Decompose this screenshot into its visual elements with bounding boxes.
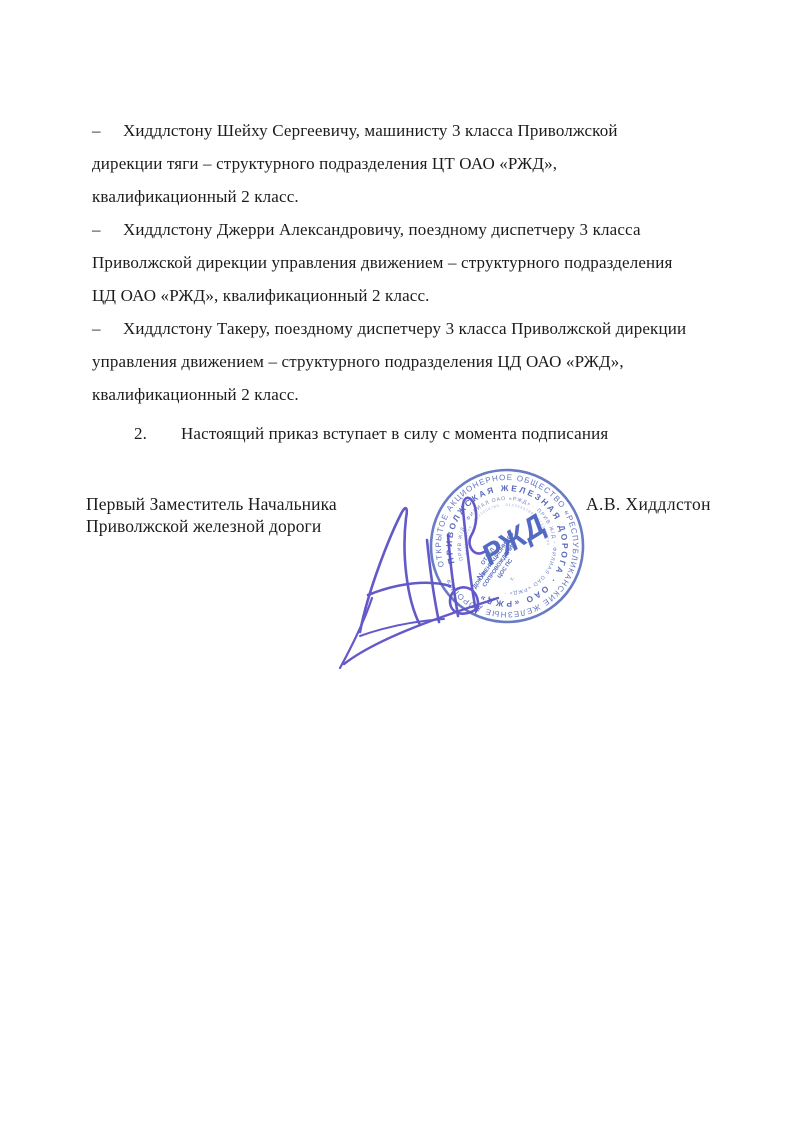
list-item-line: –Хиддлстону Шейху Сергеевичу, машинисту … [92,114,757,147]
signature-stroke [360,508,420,632]
signatory-title-line2: Приволжской железной дороги [86,516,337,538]
list-item-line: ЦД ОАО «РЖД», квалификационный 2 класс. [92,279,757,312]
list-dash: – [92,114,123,147]
list-dash: – [92,213,123,246]
list-item-line: Приволжской дирекции управления движение… [92,246,757,279]
list-item-line: дирекции тяги – структурного подразделен… [92,147,757,180]
list-item-line: –Хиддлстону Такеру, поездному диспетчеру… [92,312,757,345]
list-dash: – [92,312,123,345]
document-body: –Хиддлстону Шейху Сергеевичу, машинисту … [92,114,757,411]
document-page: –Хиддлстону Шейху Сергеевичу, машинисту … [0,0,794,1123]
list-item-line: –Хиддлстону Джерри Александровичу, поезд… [92,213,757,246]
signatory-title-line1: Первый Заместитель Начальника [86,494,337,516]
list-item-text: Хиддлстону Джерри Александровичу, поездн… [123,220,641,239]
stamp-year-mark: г. [510,576,517,582]
list-item-text: Хиддлстону Шейху Сергеевичу, машинисту 3… [123,121,618,140]
list-item-line: квалификационный 2 класс. [92,180,757,213]
rzd-round-stamp: ОТКРЫТОЕ АКЦИОНЕРНОЕ ОБЩЕСТВО «РЕСПУБЛИК… [411,450,603,642]
list-item-text: Хиддлстону Такеру, поездному диспетчеру … [123,319,686,338]
signatory-title: Первый Заместитель Начальника Приволжско… [86,494,337,537]
list-item-line: квалификационный 2 класс. [92,378,757,411]
list-item-line: управления движением – структурного подр… [92,345,757,378]
stamp-and-signature-layer: ОТКРЫТОЕ АКЦИОНЕРНОЕ ОБЩЕСТВО «РЕСПУБЛИК… [330,440,620,670]
clause-number: 2. [134,417,181,450]
